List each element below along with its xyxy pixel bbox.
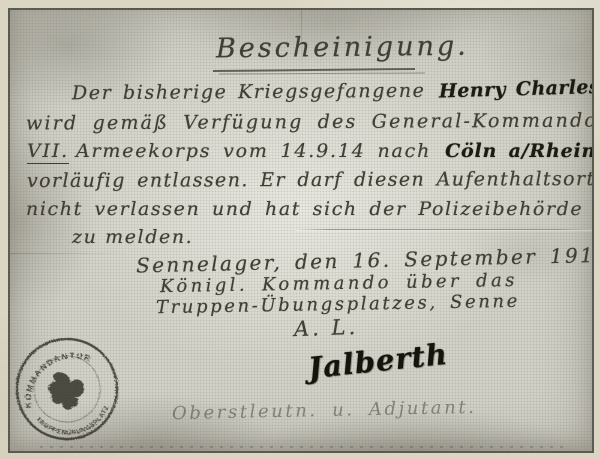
body-line-1: Der bisherige KriegsgefangeneHenry Charl… [72,78,594,104]
form-text: vorläufig entlassen. Er darf diesen Aufe… [27,168,594,192]
fold-crease-horizontal [295,229,592,230]
certificate-title: Bescheinigung. [216,31,469,65]
body-line-5: nicht verlassen und hat sich der Polizei… [26,198,583,220]
body-line-2: wird gemäß Verfügung des General-Kommand… [26,109,594,134]
corps-numeral-underlined: VII. [27,140,69,164]
form-text: wird gemäß Verfügung des General-Kommand… [26,109,594,134]
form-text: Armeekorps vom 14.9.14 nach [76,140,431,162]
title-underline-flourish [219,72,425,74]
eagle-icon [42,364,91,415]
body-line-3: VII.Armeekorps vom 14.9.14 nachCöln a/Rh… [27,140,594,162]
fold-crease-left [10,253,130,254]
form-text: zu melden. [72,226,193,248]
body-line-4: vorläufig entlassen. Er darf diesen Aufe… [27,168,594,192]
bottom-edge-speckle [40,446,570,448]
commandant-stamp: KOMMANDANTUR TRUPPENÜBUNGSPLATZ [8,315,141,453]
filled-in-prisoner-name: Henry Charles Mahoney [439,73,594,103]
signer-role-line: Oberstleutn. u. Adjutant. [172,397,477,424]
title-underline [213,68,415,72]
form-text: nicht verlassen und hat sich der Polizei… [26,198,583,220]
body-line-6: zu melden. [72,226,193,248]
signature: Jalberth [307,337,450,385]
filled-in-destination: Cöln a/Rhein — [445,140,594,162]
initials: A. L. [294,315,359,341]
document-photo: Bescheinigung. Der bisherige Kriegsgefan… [8,8,594,453]
book-page: Bescheinigung. Der bisherige Kriegsgefan… [0,0,600,459]
form-text: Der bisherige Kriegsgefangene [72,80,426,104]
